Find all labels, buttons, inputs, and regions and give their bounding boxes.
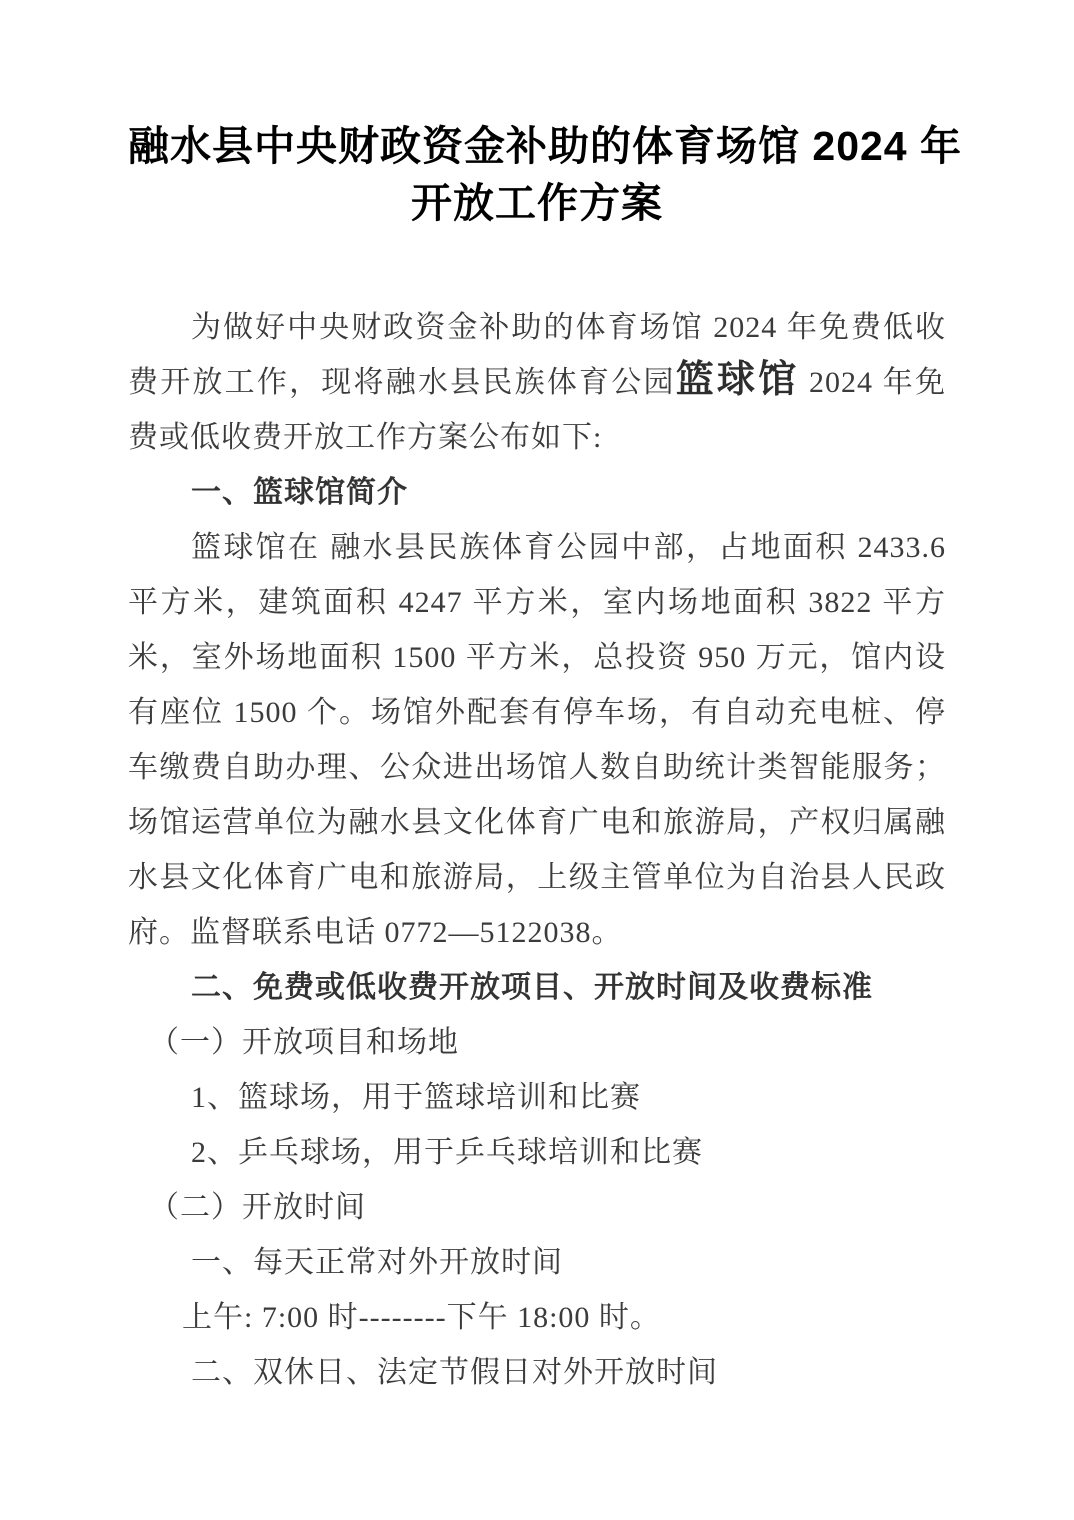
- section2-heading: 二、免费或低收费开放项目、开放时间及收费标准: [128, 960, 946, 1015]
- venue-name-highlight: 篮球馆: [676, 359, 800, 401]
- open-item-basketball: 1、篮球场，用于篮球培训和比赛: [128, 1070, 946, 1125]
- document-title: 融水县中央财政资金补助的体育场馆 2024 年 开放工作方案: [128, 118, 946, 232]
- daily-hours-heading: 一、每天正常对外开放时间: [128, 1235, 946, 1290]
- section1-body: 篮球馆在 融水县民族体育公园中部，占地面积 2433.6 平方米，建筑面积 42…: [128, 520, 946, 960]
- intro-paragraph: 为做好中央财政资金补助的体育场馆 2024 年免费低收费开放工作，现将融水县民族…: [128, 300, 946, 465]
- open-item-pingpong: 2、乒乓球场，用于乒乓球培训和比赛: [128, 1125, 946, 1180]
- daily-hours-value: 上午: 7:00 时--------下午 18:00 时。: [128, 1290, 946, 1345]
- document-body: 融水县中央财政资金补助的体育场馆 2024 年 开放工作方案 为做好中央财政资金…: [128, 118, 946, 1400]
- document-page: 融水县中央财政资金补助的体育场馆 2024 年 开放工作方案 为做好中央财政资金…: [0, 0, 1074, 1520]
- section2-sub1-heading: （一）开放项目和场地: [128, 1015, 946, 1070]
- title-line-2: 开放工作方案: [411, 180, 663, 226]
- section2-sub2-heading: （二）开放时间: [128, 1180, 946, 1235]
- holiday-hours-heading: 二、双休日、法定节假日对外开放时间: [128, 1345, 946, 1400]
- section1-heading: 一、篮球馆简介: [128, 465, 946, 520]
- title-line-1: 融水县中央财政资金补助的体育场馆 2024 年: [128, 123, 962, 169]
